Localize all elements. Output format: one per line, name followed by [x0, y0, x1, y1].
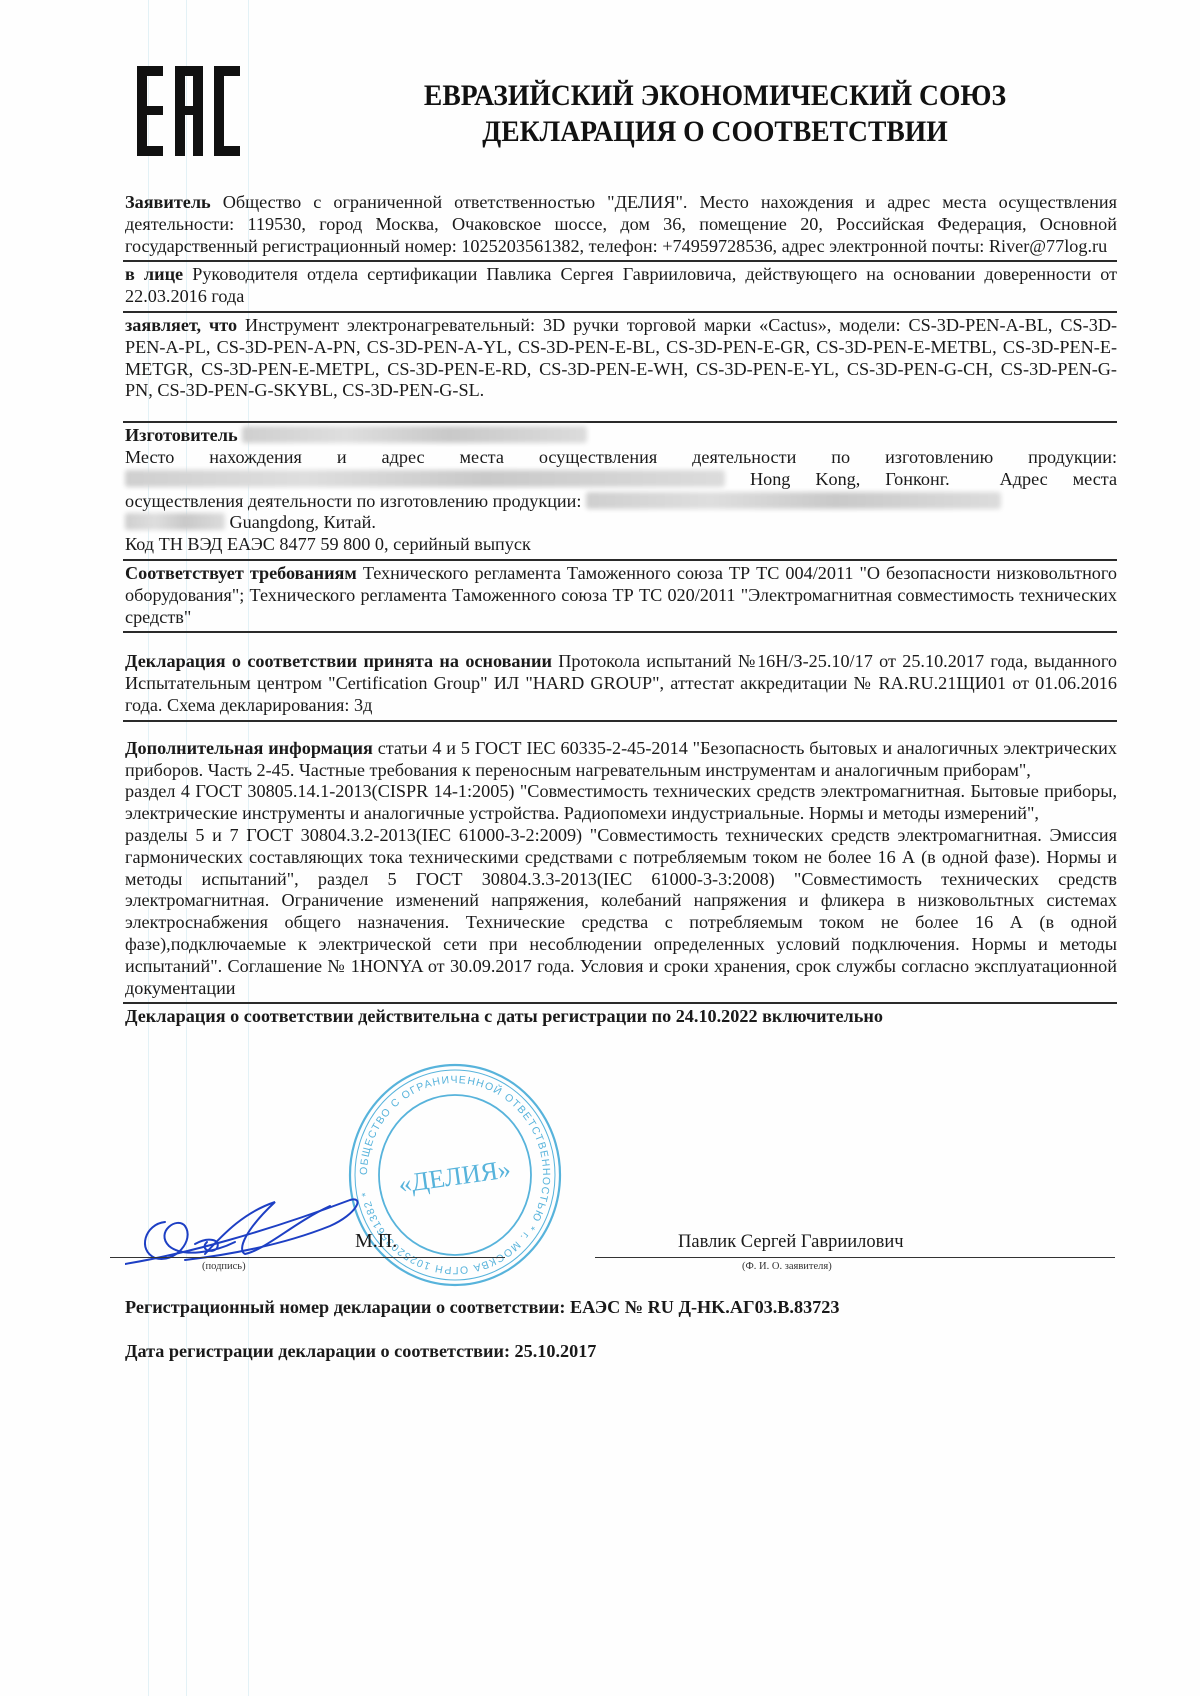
manufacturer-location-intro: Место нахождения и адрес места осуществл…	[125, 447, 1117, 467]
basis-section: Декларация о соответствии принята на осн…	[125, 651, 1117, 719]
declaration-body: Заявитель Общество с ограниченной ответс…	[125, 192, 1117, 1031]
document-title: ЕВРАЗИЙСКИЙ ЭКОНОМИЧЕСКИЙ СОЮЗ ДЕКЛАРАЦИ…	[333, 78, 1097, 150]
redacted-production-address	[586, 492, 1001, 509]
signer-caption: (Ф. И. О. заявителя)	[742, 1261, 832, 1272]
additional-info-paragraph: разделы 5 и 7 ГОСТ 30804.3.2-2013(IEC 61…	[125, 825, 1117, 998]
tn-ved-code: Код ТН ВЭД ЕАЭС 8477 59 800 0, серийный …	[125, 534, 531, 554]
represented-by-text: Руководителя отдела сертификации Павлика…	[125, 264, 1117, 306]
manufacturer-location-tail: Hong Kong, Гонконг.	[750, 469, 950, 489]
redacted-manufacturer-name	[242, 426, 587, 443]
signer-name-line	[595, 1257, 1115, 1258]
divider	[123, 260, 1117, 262]
additional-info-paragraph: раздел 4 ГОСТ 30805.14.1-2013(CISPR 14-1…	[125, 781, 1117, 823]
represented-by-section: в лице Руководителя отдела сертификации …	[125, 264, 1117, 311]
production-location-tail: Guangdong, Китай.	[230, 512, 376, 532]
divider	[123, 559, 1117, 561]
additional-info-label: Дополнительная информация	[125, 738, 373, 758]
divider	[123, 421, 1117, 423]
registration-number: Регистрационный номер декларации о соотв…	[125, 1297, 1115, 1341]
signature-area: (подпись) М.П. Павлик Сергей Гавриилович…	[110, 1190, 1120, 1280]
divider	[123, 720, 1117, 722]
registration-date: Дата регистрации декларации о соответств…	[125, 1341, 1115, 1385]
stamp-placeholder-label: М.П.	[355, 1230, 397, 1253]
validity-text: Декларация о соответствии действительна …	[125, 1006, 883, 1026]
redacted-manufacturer-address	[125, 470, 725, 487]
divider	[123, 311, 1117, 313]
title-declaration: ДЕКЛАРАЦИЯ О СООТВЕТСТВИИ	[333, 114, 1097, 150]
manufacturer-label: Изготовитель	[125, 425, 238, 445]
declares-label: заявляет, что	[125, 315, 237, 335]
divider	[123, 1002, 1117, 1004]
registration-section: Регистрационный номер декларации о соотв…	[125, 1297, 1115, 1385]
product-description: Инструмент электронагревательный: 3D руч…	[125, 315, 1117, 400]
represented-by-label: в лице	[125, 264, 183, 284]
manufacturer-section: Изготовитель Место нахождения и адрес ме…	[125, 425, 1117, 559]
eac-logo-icon	[137, 66, 240, 156]
declaration-page: ЕВРАЗИЙСКИЙ ЭКОНОМИЧЕСКИЙ СОЮЗ ДЕКЛАРАЦИ…	[0, 0, 1200, 1696]
applicant-label: Заявитель	[125, 192, 211, 212]
additional-info-section: Дополнительная информация статьи 4 и 5 Г…	[125, 738, 1117, 1003]
signature-caption: (подпись)	[202, 1261, 246, 1272]
conformity-section: Соответствует требованиям Технического р…	[125, 563, 1117, 631]
declares-section: заявляет, что Инструмент электронагреват…	[125, 315, 1117, 405]
basis-label: Декларация о соответствии принята на осн…	[125, 651, 552, 671]
divider	[123, 631, 1117, 633]
signer-name: Павлик Сергей Гавриилович	[678, 1232, 904, 1253]
redacted-production-city	[125, 513, 225, 530]
applicant-text: Общество с ограниченной ответственностью…	[125, 192, 1117, 256]
applicant-section: Заявитель Общество с ограниченной ответс…	[125, 192, 1117, 260]
signature-line	[110, 1257, 505, 1258]
conformity-label: Соответствует требованиям	[125, 563, 357, 583]
validity-section: Декларация о соответствии действительна …	[125, 1006, 1117, 1031]
title-union: ЕВРАЗИЙСКИЙ ЭКОНОМИЧЕСКИЙ СОЮЗ	[333, 78, 1097, 114]
